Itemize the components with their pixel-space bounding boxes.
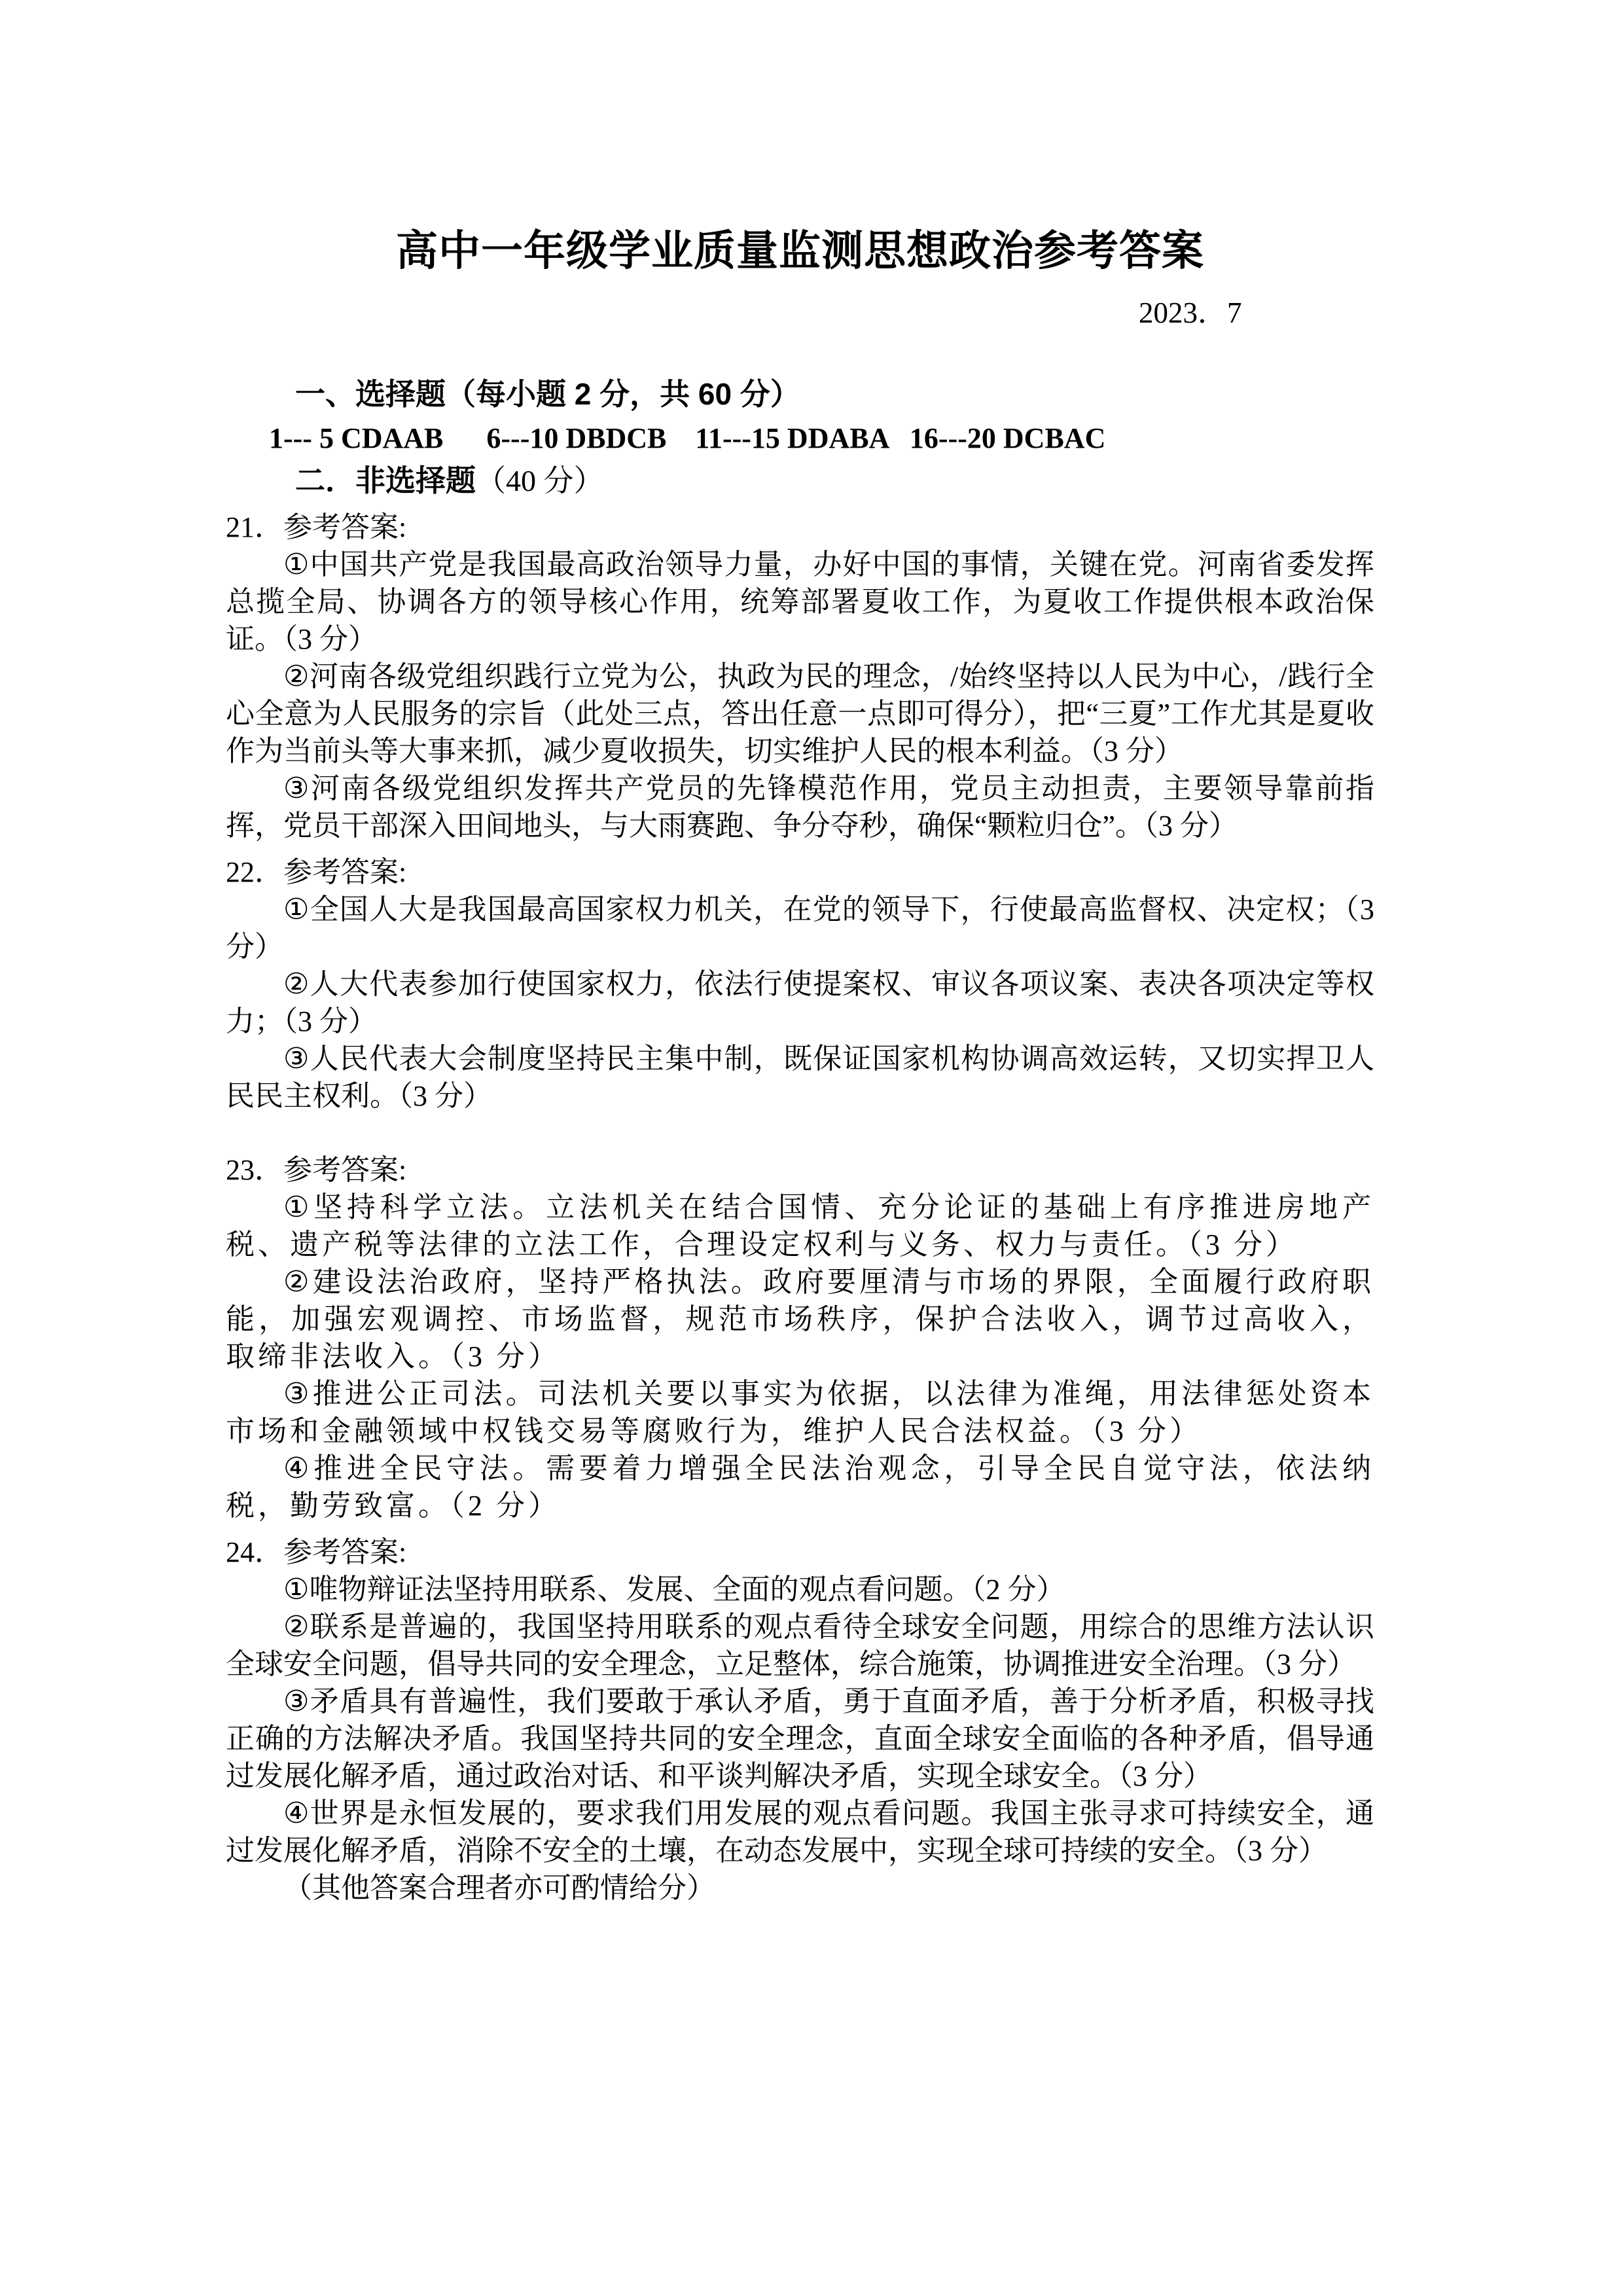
answer-paragraph: ③河南各级党组织发挥共产党员的先锋模范作用，党员主动担责，主要领导靠前指挥，党员… <box>226 770 1374 844</box>
answer-paragraph: ①坚持科学立法。立法机关在结合国情、充分论证的基础上有序推进房地产税、遗产税等法… <box>226 1189 1374 1263</box>
question-21-intro: 21．参考答案: <box>226 509 1374 546</box>
answer-paragraph: ②联系是普遍的，我国坚持用联系的观点看待全球安全问题，用综合的思维方法认识全球安… <box>226 1608 1374 1683</box>
answer-paragraph: ③矛盾具有普遍性，我们要敢于承认矛盾，勇于直面矛盾，善于分析矛盾，积极寻找正确的… <box>226 1683 1374 1795</box>
document-date: 2023．7 <box>226 297 1374 329</box>
answer-paragraph: ②河南各级党组织践行立党为公，执政为民的理念，/始终坚持以人民为中心，/践行全心… <box>226 658 1374 770</box>
choice-section-heading: 一、选择题（每小题 2 分，共 60 分） <box>226 376 1374 412</box>
answer-paragraph: ①唯物辩证法坚持用联系、发展、全面的观点看问题。（2 分） <box>226 1571 1374 1608</box>
nonchoice-section-heading: 二．非选择题（40 分） <box>226 462 1374 499</box>
question-21-block: 21．参考答案: ①中国共产党是我国最高政治领导力量，办好中国的事情，关键在党。… <box>226 509 1374 844</box>
answer-paragraph: ②建设法治政府，坚持严格执法。政府要厘清与市场的界限，全面履行政府职能，加强宏观… <box>226 1263 1374 1375</box>
nonchoice-heading-score: （40 分） <box>476 464 604 497</box>
answer-paragraph: ③推进公正司法。司法机关要以事实为依据，以法律为准绳，用法律惩处资本市场和金融领… <box>226 1375 1374 1450</box>
answer-paragraph: ④推进全民守法。需要着力增强全民法治观念，引导全民自觉守法，依法纳税，勤劳致富。… <box>226 1450 1374 1524</box>
nonchoice-heading-label: 二．非选择题 <box>295 463 476 497</box>
question-22-intro: 22．参考答案: <box>226 853 1374 891</box>
answer-paragraph: ②人大代表参加行使国家权力，依法行使提案权、审议各项议案、表决各项决定等权力；（… <box>226 965 1374 1040</box>
question-24-block: 24．参考答案: ①唯物辩证法坚持用联系、发展、全面的观点看问题。（2 分） ②… <box>226 1534 1374 1869</box>
document-page: 高中一年级学业质量监测思想政治参考答案 2023．7 一、选择题（每小题 2 分… <box>0 0 1623 2296</box>
document-title: 高中一年级学业质量监测思想政治参考答案 <box>226 226 1374 275</box>
answer-paragraph: ④世界是永恒发展的，要求我们用发展的观点看问题。我国主张寻求可持续安全，通过发展… <box>226 1795 1374 1869</box>
answer-paragraph: ①全国人大是我国最高国家权力机关，在党的领导下，行使最高监督权、决定权；（3 分… <box>226 891 1374 965</box>
closing-note: （其他答案合理者亦可酌情给分） <box>226 1869 1374 1907</box>
choice-answers-line: 1--- 5 CDAAB 6---10 DBDCB 11---15 DDABA … <box>226 420 1374 457</box>
answer-paragraph: ①中国共产党是我国最高政治领导力量，办好中国的事情，关键在党。河南省委发挥总揽全… <box>226 546 1374 658</box>
question-23-intro: 23．参考答案: <box>226 1151 1374 1189</box>
answer-paragraph: ③人民代表大会制度坚持民主集中制，既保证国家机构协调高效运转，又切实捍卫人民民主… <box>226 1040 1374 1115</box>
question-24-intro: 24．参考答案: <box>226 1534 1374 1571</box>
question-23-block: 23．参考答案: ①坚持科学立法。立法机关在结合国情、充分论证的基础上有序推进房… <box>226 1151 1374 1524</box>
question-22-block: 22．参考答案: ①全国人大是我国最高国家权力机关，在党的领导下，行使最高监督权… <box>226 853 1374 1115</box>
